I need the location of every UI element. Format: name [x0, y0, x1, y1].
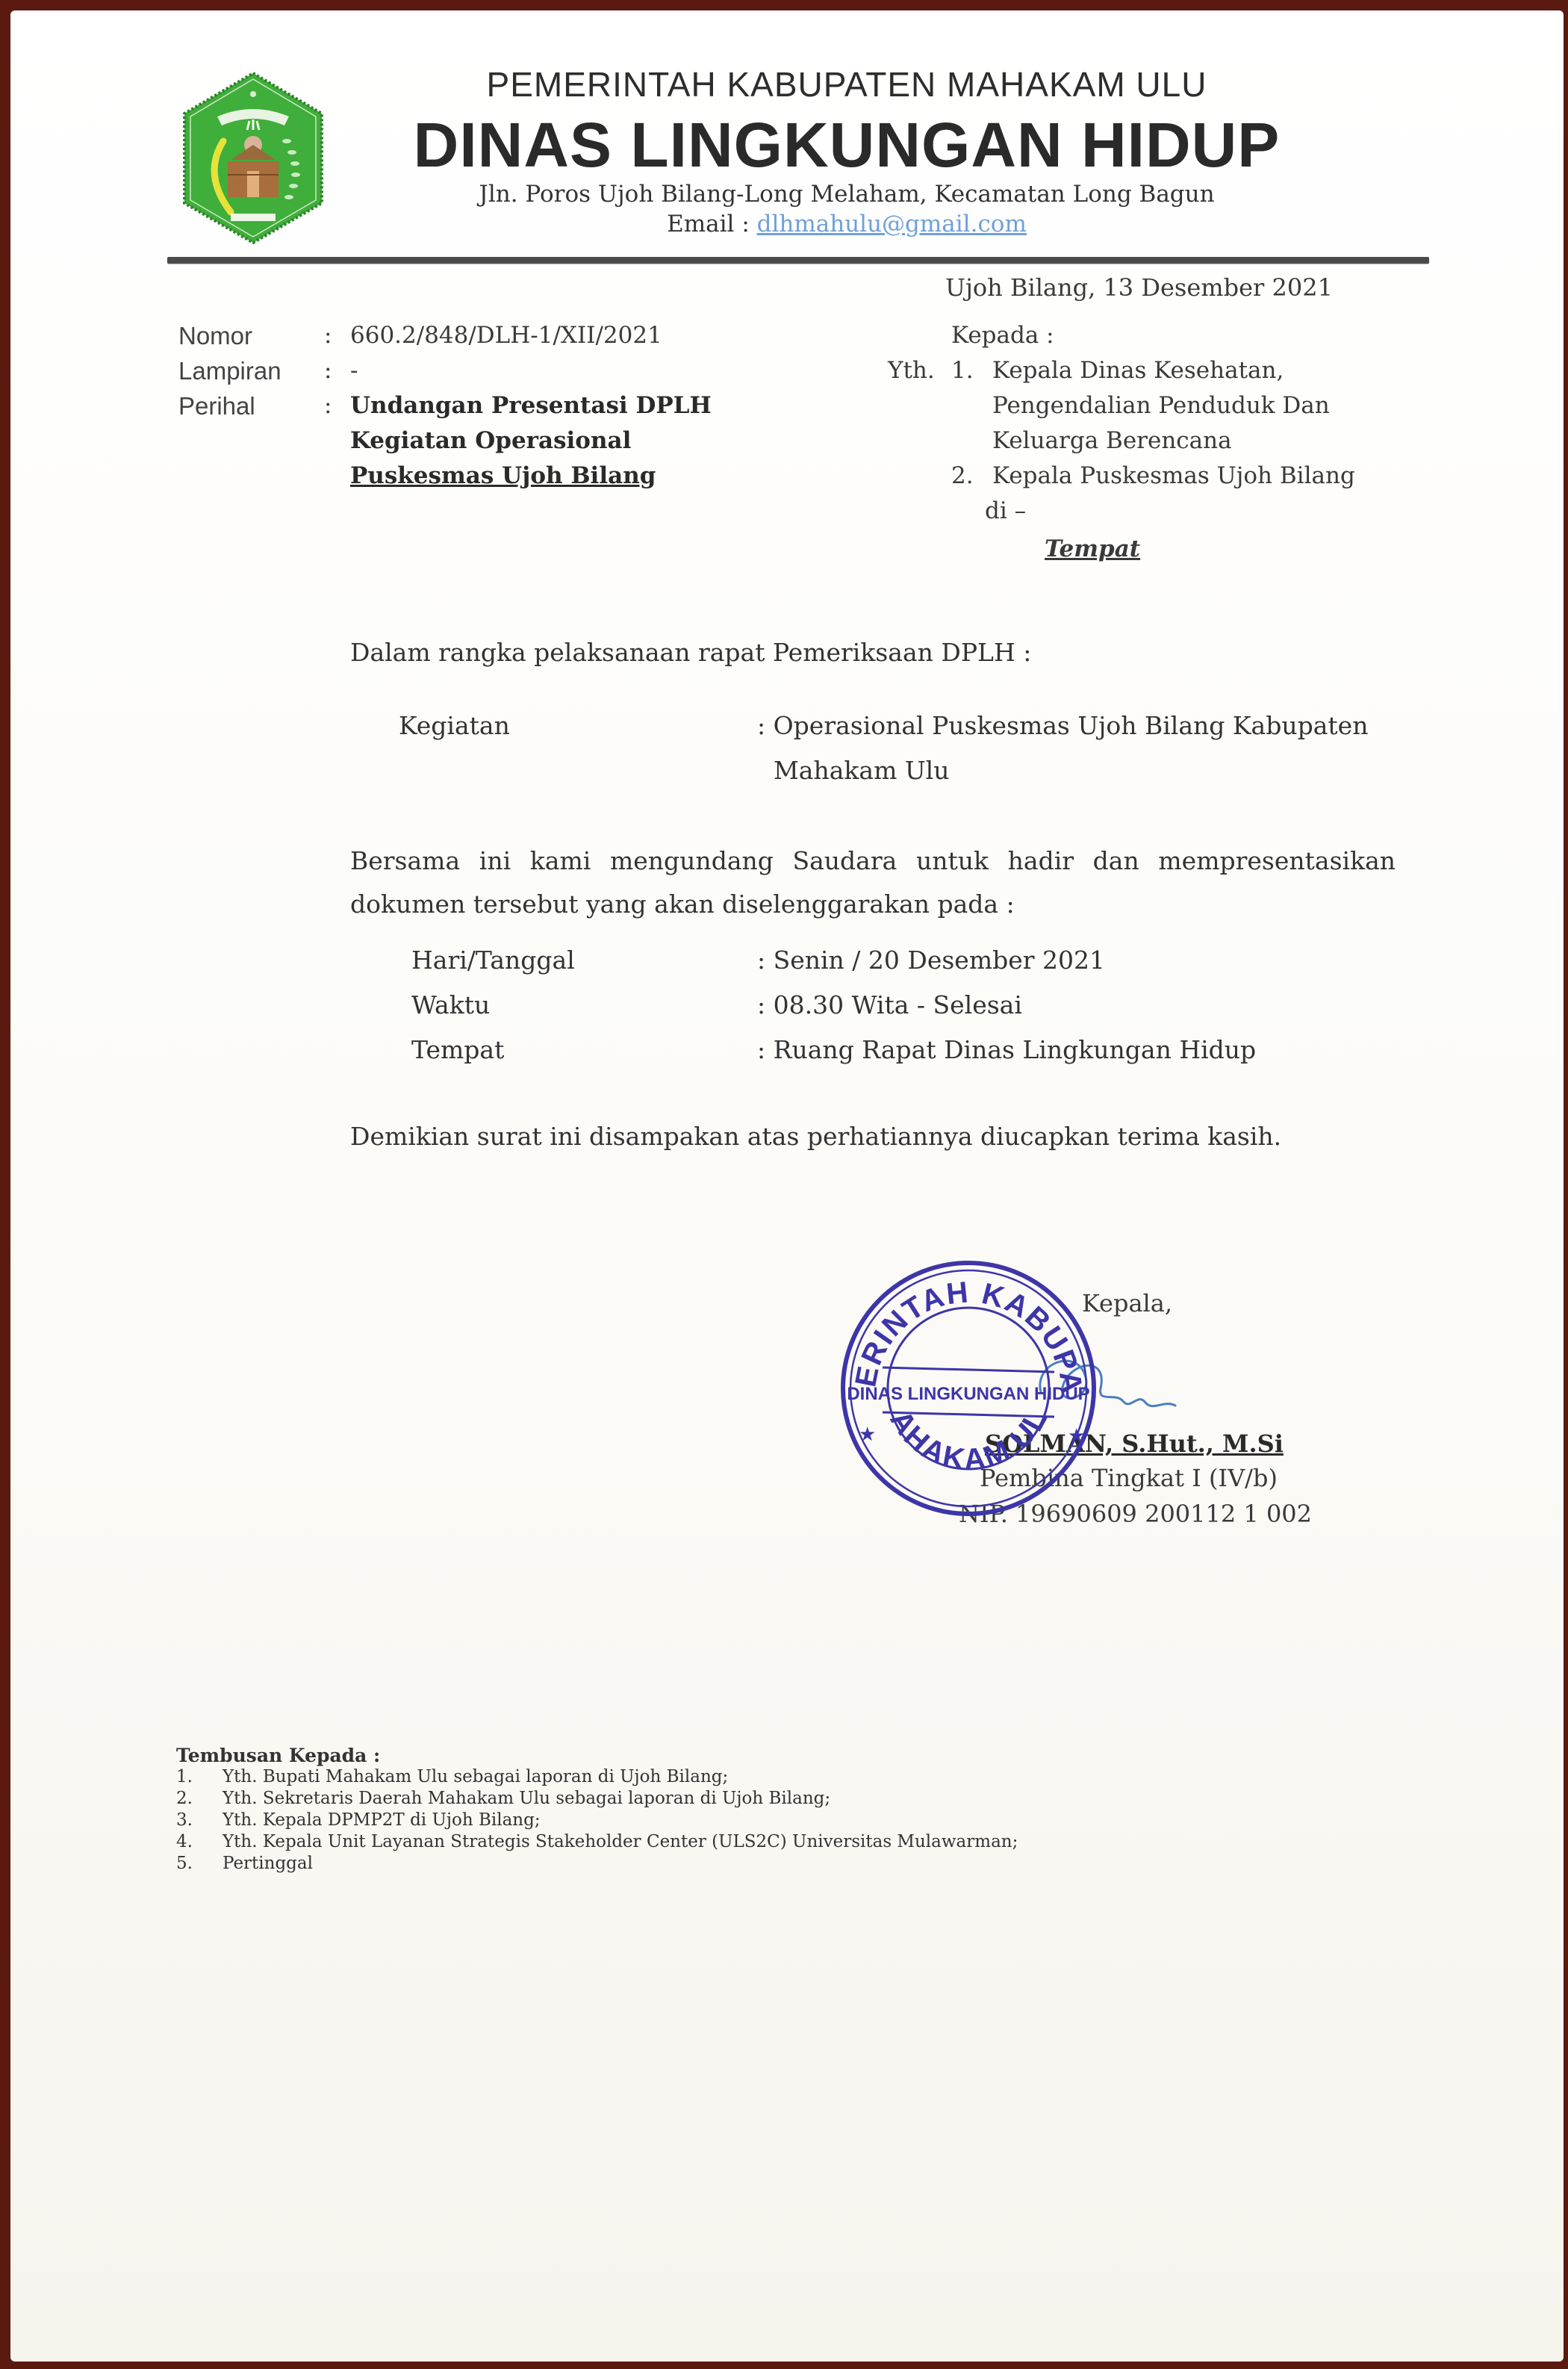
recipient-line: Kepala Puskesmas Ujoh Bilang [992, 459, 1355, 494]
cc-item: 5.Pertinggal [176, 1853, 1018, 1875]
intro-paragraph: Dalam rangka pelaksanaan rapat Pemeriksa… [350, 638, 1031, 667]
meta-label: Lampiran [178, 353, 324, 388]
schedule-row: Waktu : 08.30 Wita - Selesai [350, 983, 1410, 1028]
recipient-item: 2. Kepala Puskesmas Ujoh Bilang [888, 459, 1355, 494]
di-label: di – [888, 494, 1355, 529]
kegiatan-label: Kegiatan [399, 704, 510, 748]
cc-number: 2. [176, 1788, 223, 1810]
recipient-number: 1. [951, 353, 992, 388]
regency-coat-of-arms-icon [178, 70, 328, 246]
meta-colon: : [324, 388, 350, 494]
schedule-row: Hari/Tanggal : Senin / 20 Desember 2021 [350, 938, 1410, 983]
tempat-label: Tempat [888, 532, 1355, 567]
cc-item: 1.Yth. Bupati Mahakam Ulu sebagai lapora… [176, 1766, 1018, 1788]
yth-label: Yth. [888, 353, 951, 388]
cc-number: 3. [176, 1810, 223, 1831]
place-date: Ujoh Bilang, 13 Desember 2021 [945, 273, 1333, 302]
schedule-label: Tempat [411, 1028, 504, 1072]
schedule-label: Hari/Tanggal [411, 938, 575, 983]
cc-number: 5. [176, 1853, 223, 1875]
letter-meta: Nomor : 660.2/848/DLH-1/XII/2021 Lampira… [178, 318, 768, 494]
schedule-label: Waktu [411, 983, 490, 1028]
kegiatan-value: : Operasional Puskesmas Ujoh Bilang Kabu… [757, 704, 1414, 793]
recipient-number: 2. [951, 459, 992, 494]
subject-lines: Undangan Presentasi DPLH Kegiatan Operas… [350, 388, 768, 494]
letterhead-government: PEMERINTAH KABUPATEN MAHAKAM ULU [451, 64, 1242, 105]
kepada-label: Kepada : [888, 318, 1355, 353]
svg-text:DINAS LINGKUNGAN HIDUP: DINAS LINGKUNGAN HIDUP [847, 1384, 1089, 1404]
cc-item: 4.Yth. Kepala Unit Layanan Strategis Sta… [176, 1831, 1018, 1853]
cc-text: Yth. Sekretaris Daerah Mahakam Ulu sebag… [223, 1788, 830, 1810]
cc-text: Yth. Kepala DPMP2T di Ujoh Bilang; [223, 1810, 541, 1831]
recipient-line: Pengendalian Penduduk Dan [888, 388, 1355, 423]
invitation-paragraph: Bersama ini kami mengundang Saudara untu… [350, 839, 1396, 926]
letterhead-address: Jln. Poros Ujoh Bilang-Long Melaham, Kec… [414, 181, 1280, 208]
cc-number: 1. [176, 1766, 223, 1788]
cc-text: Pertinggal [223, 1853, 313, 1875]
kegiatan-value-line: Mahakam Ulu [757, 748, 1414, 793]
letterhead-agency: DINAS LINGKUNGAN HIDUP [399, 109, 1295, 181]
recipient-block: Kepada : Yth. 1. Kepala Dinas Kesehatan,… [888, 318, 1355, 567]
meta-value: - [350, 353, 768, 388]
meta-lampiran: Lampiran : - [178, 353, 768, 388]
cc-title: Tembusan Kepada : [176, 1745, 1018, 1766]
meta-label: Nomor [178, 318, 324, 353]
stamp-star-icon: ★ [1068, 1425, 1085, 1447]
cc-text: Yth. Kepala Unit Layanan Strategis Stake… [223, 1831, 1018, 1853]
email-label: Email : [667, 211, 757, 237]
recipient-item: Yth. 1. Kepala Dinas Kesehatan, [888, 353, 1355, 388]
closing-paragraph: Demikian surat ini disampakan atas perha… [350, 1122, 1281, 1151]
schedule-value: : Senin / 20 Desember 2021 [757, 938, 1105, 983]
cc-text: Yth. Bupati Mahakam Ulu sebagai laporan … [223, 1766, 728, 1788]
letterhead-email-line: Email : dlhmahulu@gmail.com [414, 211, 1280, 237]
cc-item: 2.Yth. Sekretaris Daerah Mahakam Ulu seb… [176, 1788, 1018, 1810]
stamp-star-icon: ★ [859, 1423, 876, 1446]
official-stamp-icon: PEMERINTAH KABUPATEN MAHAKAM ULU DINAS L… [830, 1246, 1107, 1523]
meta-label: Perihal [178, 388, 324, 494]
email-link[interactable]: dlhmahulu@gmail.com [757, 211, 1027, 237]
subject-line: Puskesmas Ujoh Bilang [350, 459, 768, 494]
schedule-value: : Ruang Rapat Dinas Lingkungan Hidup [757, 1028, 1256, 1072]
meta-colon: : [324, 353, 350, 388]
letterhead-divider [167, 257, 1429, 264]
cc-number: 4. [176, 1831, 223, 1853]
cc-item: 3.Yth. Kepala DPMP2T di Ujoh Bilang; [176, 1810, 1018, 1831]
subject-line: Kegiatan Operasional [350, 423, 768, 459]
schedule-row: Tempat : Ruang Rapat Dinas Lingkungan Hi… [350, 1028, 1410, 1072]
meta-perihal: Perihal : Undangan Presentasi DPLH Kegia… [178, 388, 768, 494]
letter-page: PEMERINTAH KABUPATEN MAHAKAM ULU DINAS L… [10, 10, 1564, 2362]
schedule-table: Hari/Tanggal : Senin / 20 Desember 2021 … [350, 938, 1410, 1072]
meta-colon: : [324, 318, 350, 353]
cc-list: Tembusan Kepada : 1.Yth. Bupati Mahakam … [176, 1745, 1018, 1875]
recipient-line: Kepala Dinas Kesehatan, [992, 353, 1284, 388]
recipient-line: Keluarga Berencana [888, 423, 1355, 459]
kegiatan-value-line: : Operasional Puskesmas Ujoh Bilang Kabu… [757, 704, 1414, 748]
schedule-value: : 08.30 Wita - Selesai [757, 983, 1022, 1028]
meta-value: 660.2/848/DLH-1/XII/2021 [350, 318, 768, 353]
meta-nomor: Nomor : 660.2/848/DLH-1/XII/2021 [178, 318, 768, 353]
subject-line: Undangan Presentasi DPLH [350, 388, 768, 423]
